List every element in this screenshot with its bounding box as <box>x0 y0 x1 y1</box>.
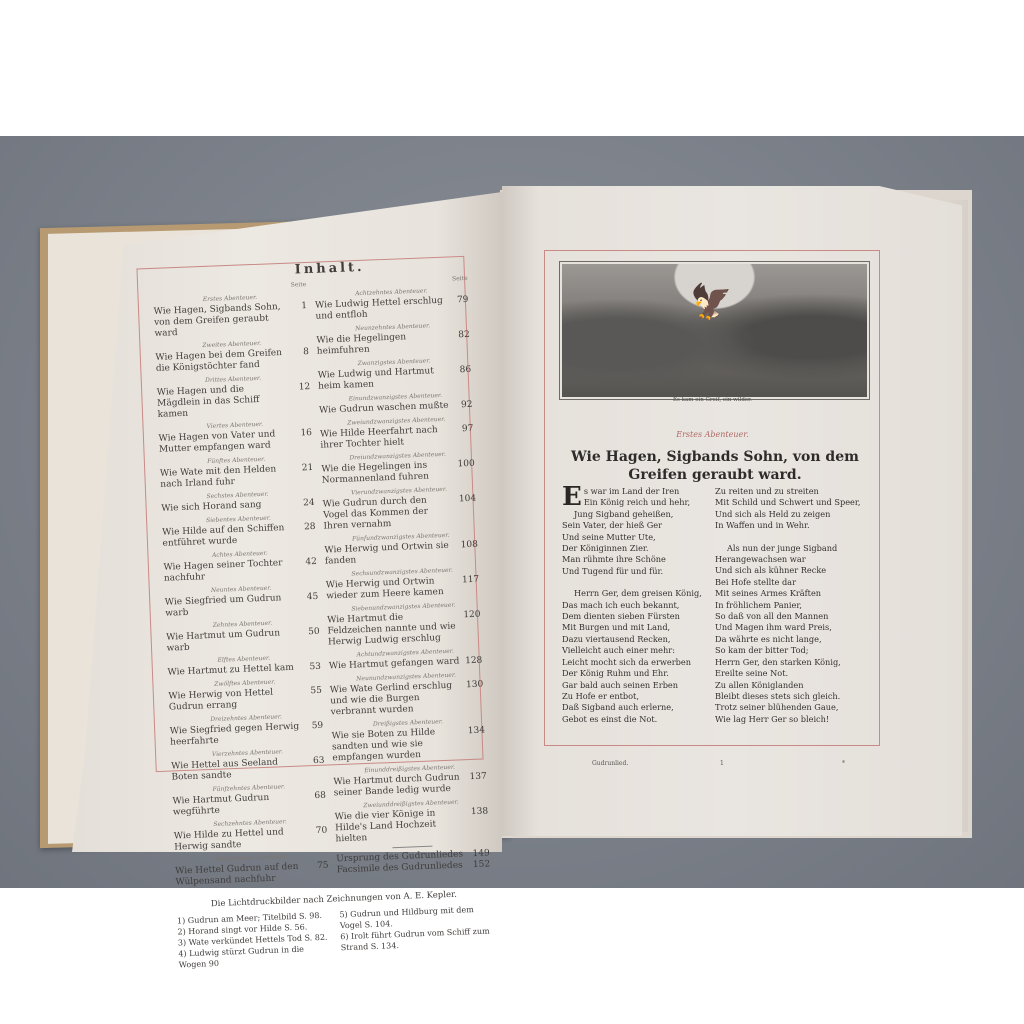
toc-entry-title: Wie Hartmut Gudrun wegführte <box>172 791 308 818</box>
toc-entry: Siebenundzwanzigstes Abenteuer.Wie Hartm… <box>327 599 482 649</box>
poem-line: So kam der bitter Tod; <box>715 645 880 656</box>
toc-entry-page: 24 <box>296 498 314 510</box>
toc-entry-page: 45 <box>300 592 319 615</box>
toc-entry: Fünfzehntes Abenteuer.Wie Hartmut Gudrun… <box>172 780 327 819</box>
toc-entry-page: 68 <box>308 791 327 814</box>
poem-line: Leicht mocht sich da erwerben <box>562 657 722 668</box>
poem-line: Trotz seiner blühenden Gaue, <box>715 702 880 713</box>
toc-line: Wie Hilde zu Hettel und Herwig sandte70 <box>174 826 328 854</box>
toc-column-2: Seite Achtzehntes Abenteuer.Wie Ludwig H… <box>314 273 491 884</box>
poem-line: Dazu viertausend Recken, <box>562 634 722 645</box>
toc-entry-title: Wie sie Boten zu Hilde sandten und wie s… <box>331 726 468 764</box>
toc-entry-page: 53 <box>303 662 321 674</box>
poem-line: Zu Hofe er entbot, <box>562 691 722 702</box>
toc-entry: Viertes Abenteuer.Wie Hagen von Vater un… <box>158 417 313 456</box>
poem-line: Zu allen Königlanden <box>715 680 880 691</box>
toc-entry: Sechstes Abenteuer.Wie sich Horand sang2… <box>161 487 315 515</box>
toc-entry-page: 97 <box>455 424 474 447</box>
toc-line: Wie Ludwig Hettel erschlug und entfloh79 <box>315 295 469 323</box>
toc-entry: Zwanzigstes Abenteuer.Wie Ludwig und Har… <box>317 354 472 393</box>
toc-entry: Fünftes Abenteuer.Wie Wate mit den Helde… <box>159 452 314 491</box>
toc-entry: Achtes Abenteuer.Wie Hagen seiner Tochte… <box>163 546 318 585</box>
toc-entry-page: 137 <box>469 772 488 795</box>
poem-line: Es war im Land der Iren <box>562 486 722 497</box>
toc-entry-title: Wie Hagen bei dem Greifen die Königstöch… <box>155 348 291 375</box>
toc-entry: Zweiundzwanzigstes Abenteuer.Wie Hilde H… <box>319 413 474 452</box>
toc-entry-title: Wie Herwig von Hettel Gudrun errang <box>168 686 304 713</box>
poem-line: Wie lag Herr Ger so bleich! <box>715 714 880 725</box>
poem-line: Bleibt dieses stets sich gleich. <box>715 691 880 702</box>
toc-entry-title: Wie Gudrun durch den Vogel das Kommen de… <box>323 494 460 532</box>
eagle-icon: 🦅 <box>690 282 732 322</box>
toc-entry-page: 12 <box>292 382 311 416</box>
toc-line: Wie Hartmut die Feldzeichen nannte und w… <box>327 610 482 649</box>
toc-entry: Zehntes Abenteuer.Wie Hartmut um Gudrun … <box>166 616 321 655</box>
poem-stanza: Zu reiten und zu streitenMit Schild und … <box>715 486 880 532</box>
toc-line: Wie Siegfried um Gudrun warb45 <box>165 592 319 620</box>
toc-entry: Siebzehntes Abenteuer.Wie Hettel Gudrun … <box>175 850 330 889</box>
toc-entry-title: Wie Hagen und die Mägdlein in das Schiff… <box>157 383 294 421</box>
poem-line: Ein König reich und hehr, <box>562 497 722 508</box>
toc-line: Wie Hartmut Gudrun wegführte68 <box>172 791 326 819</box>
poem-line: Da währte es nicht lange, <box>715 634 880 645</box>
toc-entry: Zwölftes Abenteuer.Wie Herwig von Hettel… <box>168 675 323 714</box>
chapter-title: Wie Hagen, Sigbands Sohn, von dem Greife… <box>565 448 865 484</box>
toc-entry-title: Wie Siegfried um Gudrun warb <box>165 593 301 620</box>
toc-entry: Erstes Abenteuer.Wie Hagen, Sigbands Soh… <box>153 290 308 340</box>
toc-entry-title: Wie die Hegelingen heimfuhren <box>316 331 452 358</box>
toc-line: Wie Wate mit den Helden nach Irland fuhr… <box>160 463 314 491</box>
poem-line: Sein Vater, der hieß Ger <box>562 520 722 531</box>
toc-entry-page: 128 <box>464 656 482 668</box>
poem-line: Gar bald auch seinen Erben <box>562 680 722 691</box>
toc-entry-page: 92 <box>454 400 472 412</box>
toc-line: Wie die Hegelingen heimfuhren82 <box>316 330 470 358</box>
toc-entry-title: Wie Wate Gerlind erschlug und wie die Bu… <box>330 680 467 718</box>
poem-column-left: Es war im Land der IrenEin König reich u… <box>562 486 722 736</box>
poem-line: Bei Hofe stellte dar <box>715 577 880 588</box>
toc-entry-title: Wie Herwig und Ortwin sie fanden <box>324 540 460 567</box>
toc-entry-title: Wie Hilde zu Hettel und Herwig sandte <box>174 826 310 853</box>
toc-entry-page: 130 <box>465 680 484 714</box>
toc-line: Wie Hagen und die Mägdlein in das Schiff… <box>157 382 312 421</box>
toc-line: Wie Hettel Gudrun auf den Wülpensand nac… <box>175 861 329 889</box>
toc-entry: Zweiunddreißigstes Abenteuer.Wie die vie… <box>334 796 489 846</box>
poem-line: Vielleicht auch einer mehr: <box>562 645 722 656</box>
toc-entry: Einundzwanzigstes Abenteuer.Wie Gudrun w… <box>318 389 472 417</box>
poem-line: Und sich als kühner Recke <box>715 565 880 576</box>
toc-entry-page: 63 <box>306 756 325 779</box>
engraving-caption: Es kam ein Greif, ein wilder. <box>560 397 865 403</box>
toc-entry-title: Wie Ludwig und Hartmut heim kamen <box>318 366 454 393</box>
toc-line: Wie Hartmut durch Gudrun seiner Bande le… <box>333 772 487 800</box>
toc-entry-page: 82 <box>452 330 471 353</box>
toc-entry-page: 104 <box>458 494 477 528</box>
toc-entry-page: 59 <box>305 721 324 744</box>
toc-entry-title: Wie Hilde auf den Schiffen entführet wur… <box>162 523 298 550</box>
toc-entry-page: 1 <box>289 301 308 335</box>
toc-entry-page: 75 <box>310 861 329 884</box>
toc-entry-page: 86 <box>453 365 472 388</box>
toc-entry-page: 117 <box>461 575 480 598</box>
chapter-label: Erstes Abenteuer. <box>560 430 865 439</box>
toc-entry-page: 16 <box>294 428 313 451</box>
table-of-contents: Inhalt. Seite Erstes Abenteuer.Wie Hagen… <box>152 256 494 971</box>
toc-line: Wie Hagen bei dem Greifen die Königstöch… <box>155 347 309 375</box>
poem-line: Herangewachsen war <box>715 554 880 565</box>
toc-entry: Siebentes Abenteuer.Wie Hilde auf den Sc… <box>162 511 317 550</box>
toc-entry: Elftes Abenteuer.Wie Hartmut zu Hettel k… <box>167 651 321 679</box>
toc-entry-title: Wie die Hegelingen ins Normannenland fuh… <box>321 459 457 486</box>
poem-line: Jung Sigband geheißen, <box>562 509 722 520</box>
poem-stanza: Herrn Ger, dem greisen König,Das mach ic… <box>562 588 722 725</box>
toc-line: Wie Wate Gerlind erschlug und wie die Bu… <box>330 680 485 719</box>
toc-entry: Fünfundzwanzigstes Abenteuer.Wie Herwig … <box>324 529 479 568</box>
toc-entry-title: Wie Hartmut die Feldzeichen nannte und w… <box>327 610 464 648</box>
toc-entry-page: 28 <box>297 522 316 545</box>
toc-entry-title: Wie Hartmut um Gudrun warb <box>166 628 302 655</box>
poem-line: In Waffen und in Wehr. <box>715 520 880 531</box>
toc-entry-title: Wie Hettel aus Seeland Boten sandte <box>171 756 307 783</box>
toc-entry-page: 70 <box>309 826 328 849</box>
poem-line: Mit Schild und Schwert und Speer, <box>715 497 880 508</box>
poem-line: Dem dienten sieben Fürsten <box>562 611 722 622</box>
toc-entry: Dreißigstes Abenteuer.Wie sie Boten zu H… <box>331 715 486 765</box>
toc-entry-page: 152 <box>472 859 490 871</box>
toc-entry-title: Wie die vier Könige in Hilde's Land Hoch… <box>335 807 472 845</box>
toc-entry-page: 79 <box>450 295 469 318</box>
poem-line: Herrn Ger, dem greisen König, <box>562 588 722 599</box>
toc-entry-page: 138 <box>470 807 489 841</box>
toc-entry-page: 100 <box>457 459 476 482</box>
eagle-engraving-illustration: 🦅 <box>560 262 869 399</box>
toc-entry: Sechzehntes Abenteuer.Wie Hilde zu Hette… <box>173 815 328 854</box>
poem-stanza: Als nun der junge SigbandHerangewachsen … <box>715 543 880 726</box>
toc-entry: Dreiundzwanzigstes Abenteuer.Wie die Heg… <box>321 448 476 487</box>
poem-line: Herrn Ger, den starken König, <box>715 657 880 668</box>
toc-line: Wie Gudrun durch den Vogel das Kommen de… <box>323 494 478 533</box>
toc-line: Wie Herwig von Hettel Gudrun errang55 <box>168 686 322 714</box>
toc-entry-title: Wie Hagen, Sigbands Sohn, von dem Greife… <box>153 302 290 340</box>
poem-line: Mit Burgen und mit Land, <box>562 622 722 633</box>
toc-entry-title: Wie Herwig und Ortwin wieder zum Heere k… <box>326 575 462 602</box>
toc-entry: Achtzehntes Abenteuer.Wie Ludwig Hettel … <box>314 284 469 323</box>
toc-entry-title: Wie Hartmut durch Gudrun seiner Bande le… <box>333 772 469 799</box>
toc-entry-page: 8 <box>291 347 310 370</box>
toc-line: Wie die vier Könige in Hilde's Land Hoch… <box>335 807 490 846</box>
toc-entry: Vierzehntes Abenteuer.Wie Hettel aus See… <box>171 745 326 784</box>
toc-line: Wie die Hegelingen ins Normannenland fuh… <box>321 459 475 487</box>
toc-entry: Neunundzwanzigstes Abenteuer.Wie Wate Ge… <box>329 669 484 719</box>
toc-entry: Neuntes Abenteuer.Wie Siegfried um Gudru… <box>164 581 319 620</box>
toc-entry-page: 55 <box>304 686 323 709</box>
toc-line: Wie Hettel aus Seeland Boten sandte63 <box>171 756 325 784</box>
toc-line: Wie Hartmut um Gudrun warb50 <box>166 627 320 655</box>
poem-line: Der König Ruhm und Ehr. <box>562 668 722 679</box>
poem-line: Zu reiten und zu streiten <box>715 486 880 497</box>
footer-signature: Gudrunlied. <box>592 760 628 767</box>
poem-line: Gebot es einst die Not. <box>562 714 722 725</box>
toc-line: Wie sie Boten zu Hilde sandten und wie s… <box>331 726 486 765</box>
page-number: 1 <box>720 760 724 767</box>
toc-line: Wie Siegfried gegen Herwig heerfahrte59 <box>170 721 324 749</box>
poem-line: Man rühmte ihre Schöne <box>562 554 722 565</box>
toc-entry-title: Wie Hagen von Vater und Mutter empfangen… <box>158 429 294 456</box>
toc-entry-page: 134 <box>467 726 486 760</box>
toc-entry-title: Wie Wate mit den Helden nach Irland fuhr <box>160 464 296 491</box>
poem-line: So daß von all den Mannen <box>715 611 880 622</box>
toc-entry: Einunddreißigstes Abenteuer.Wie Hartmut … <box>333 761 488 800</box>
toc-entry: Achtundzwanzigstes Abenteuer.Wie Hartmut… <box>328 645 482 673</box>
toc-line: Wie Hagen, Sigbands Sohn, von dem Greife… <box>153 301 308 340</box>
toc-entry: Dreizehntes Abenteuer.Wie Siegfried gege… <box>169 710 324 749</box>
drop-cap: E <box>562 486 582 508</box>
illustrations-list: 1) Gudrun am Meer; Titelbild S. 98.2) Ho… <box>177 903 494 970</box>
poem-line: In fröhlichem Panier, <box>715 600 880 611</box>
toc-column-1: Seite Erstes Abenteuer.Wie Hagen, Sigban… <box>153 279 330 890</box>
toc-entry-title: Wie Hagen seiner Tochter nachfuhr <box>163 558 299 585</box>
poem-line: Mit seines Armes Kräften <box>715 588 880 599</box>
poem-line: Ereilte seine Not. <box>715 668 880 679</box>
toc-entry: Vierundzwanzigstes Abenteuer.Wie Gudrun … <box>322 483 477 533</box>
poem-line: Und sich als Held zu zeigen <box>715 509 880 520</box>
toc-entry: Neunzehntes Abenteuer.Wie die Hegelingen… <box>316 319 471 358</box>
poem-line: Und Tugend für und für. <box>562 566 722 577</box>
toc-line: Wie Herwig und Ortwin sie fanden108 <box>324 540 478 568</box>
toc-entry-page: 42 <box>299 557 318 580</box>
poem-line: Als nun der junge Sigband <box>715 543 880 554</box>
toc-entry-title: Wie Siegfried gegen Herwig heerfahrte <box>170 721 306 748</box>
poem-line: Der Königinnen Zier. <box>562 543 722 554</box>
toc-line: Wie Hilde Heerfahrt nach ihrer Tochter h… <box>320 424 474 452</box>
toc-entry-page: 108 <box>460 540 479 563</box>
toc-entry-page: 149 <box>472 848 490 860</box>
poem-line: Und Magen ihm ward Preis, <box>715 622 880 633</box>
toc-entry-title: Wie Hettel Gudrun auf den Wülpensand nac… <box>175 861 311 888</box>
toc-entry-title: Wie Hilde Heerfahrt nach ihrer Tochter h… <box>320 424 456 451</box>
toc-line: Wie Ludwig und Hartmut heim kamen86 <box>318 365 472 393</box>
toc-entry: Zweites Abenteuer.Wie Hagen bei dem Grei… <box>155 336 310 375</box>
poem-line: Daß Sigband auch erlerne, <box>562 702 722 713</box>
toc-entry-title: Wie Ludwig Hettel erschlug und entfloh <box>315 296 451 323</box>
poem-stanza: Es war im Land der IrenEin König reich u… <box>562 486 722 577</box>
illustration-item: 4) Ludwig stürzt Gudrun in die Wogen 90 <box>178 943 331 971</box>
poem-line: Das mach ich euch bekannt, <box>562 600 722 611</box>
toc-line: Wie Herwig und Ortwin wieder zum Heere k… <box>326 575 480 603</box>
toc-entry: Drittes Abenteuer.Wie Hagen und die Mägd… <box>156 371 311 421</box>
poem-line: Und seine Mutter Ute, <box>562 532 722 543</box>
toc-line: Wie Hagen von Vater und Mutter empfangen… <box>158 428 312 456</box>
illustration-item: 6) Irolt führt Gudrun vom Schiff zum Str… <box>340 925 493 953</box>
toc-entry-page: 21 <box>295 463 314 486</box>
toc-entry: Sechsundzwanzigstes Abenteuer.Wie Herwig… <box>325 564 480 603</box>
poem-column-right: Zu reiten und zu streitenMit Schild und … <box>715 486 880 736</box>
toc-line: Wie Hilde auf den Schiffen entführet wur… <box>162 522 316 550</box>
toc-line: Wie Hagen seiner Tochter nachfuhr42 <box>163 557 317 585</box>
footer-mark: * <box>842 760 845 767</box>
toc-separator <box>393 846 433 849</box>
toc-entry-page: 50 <box>301 627 320 650</box>
toc-entry-page: 120 <box>462 610 481 644</box>
